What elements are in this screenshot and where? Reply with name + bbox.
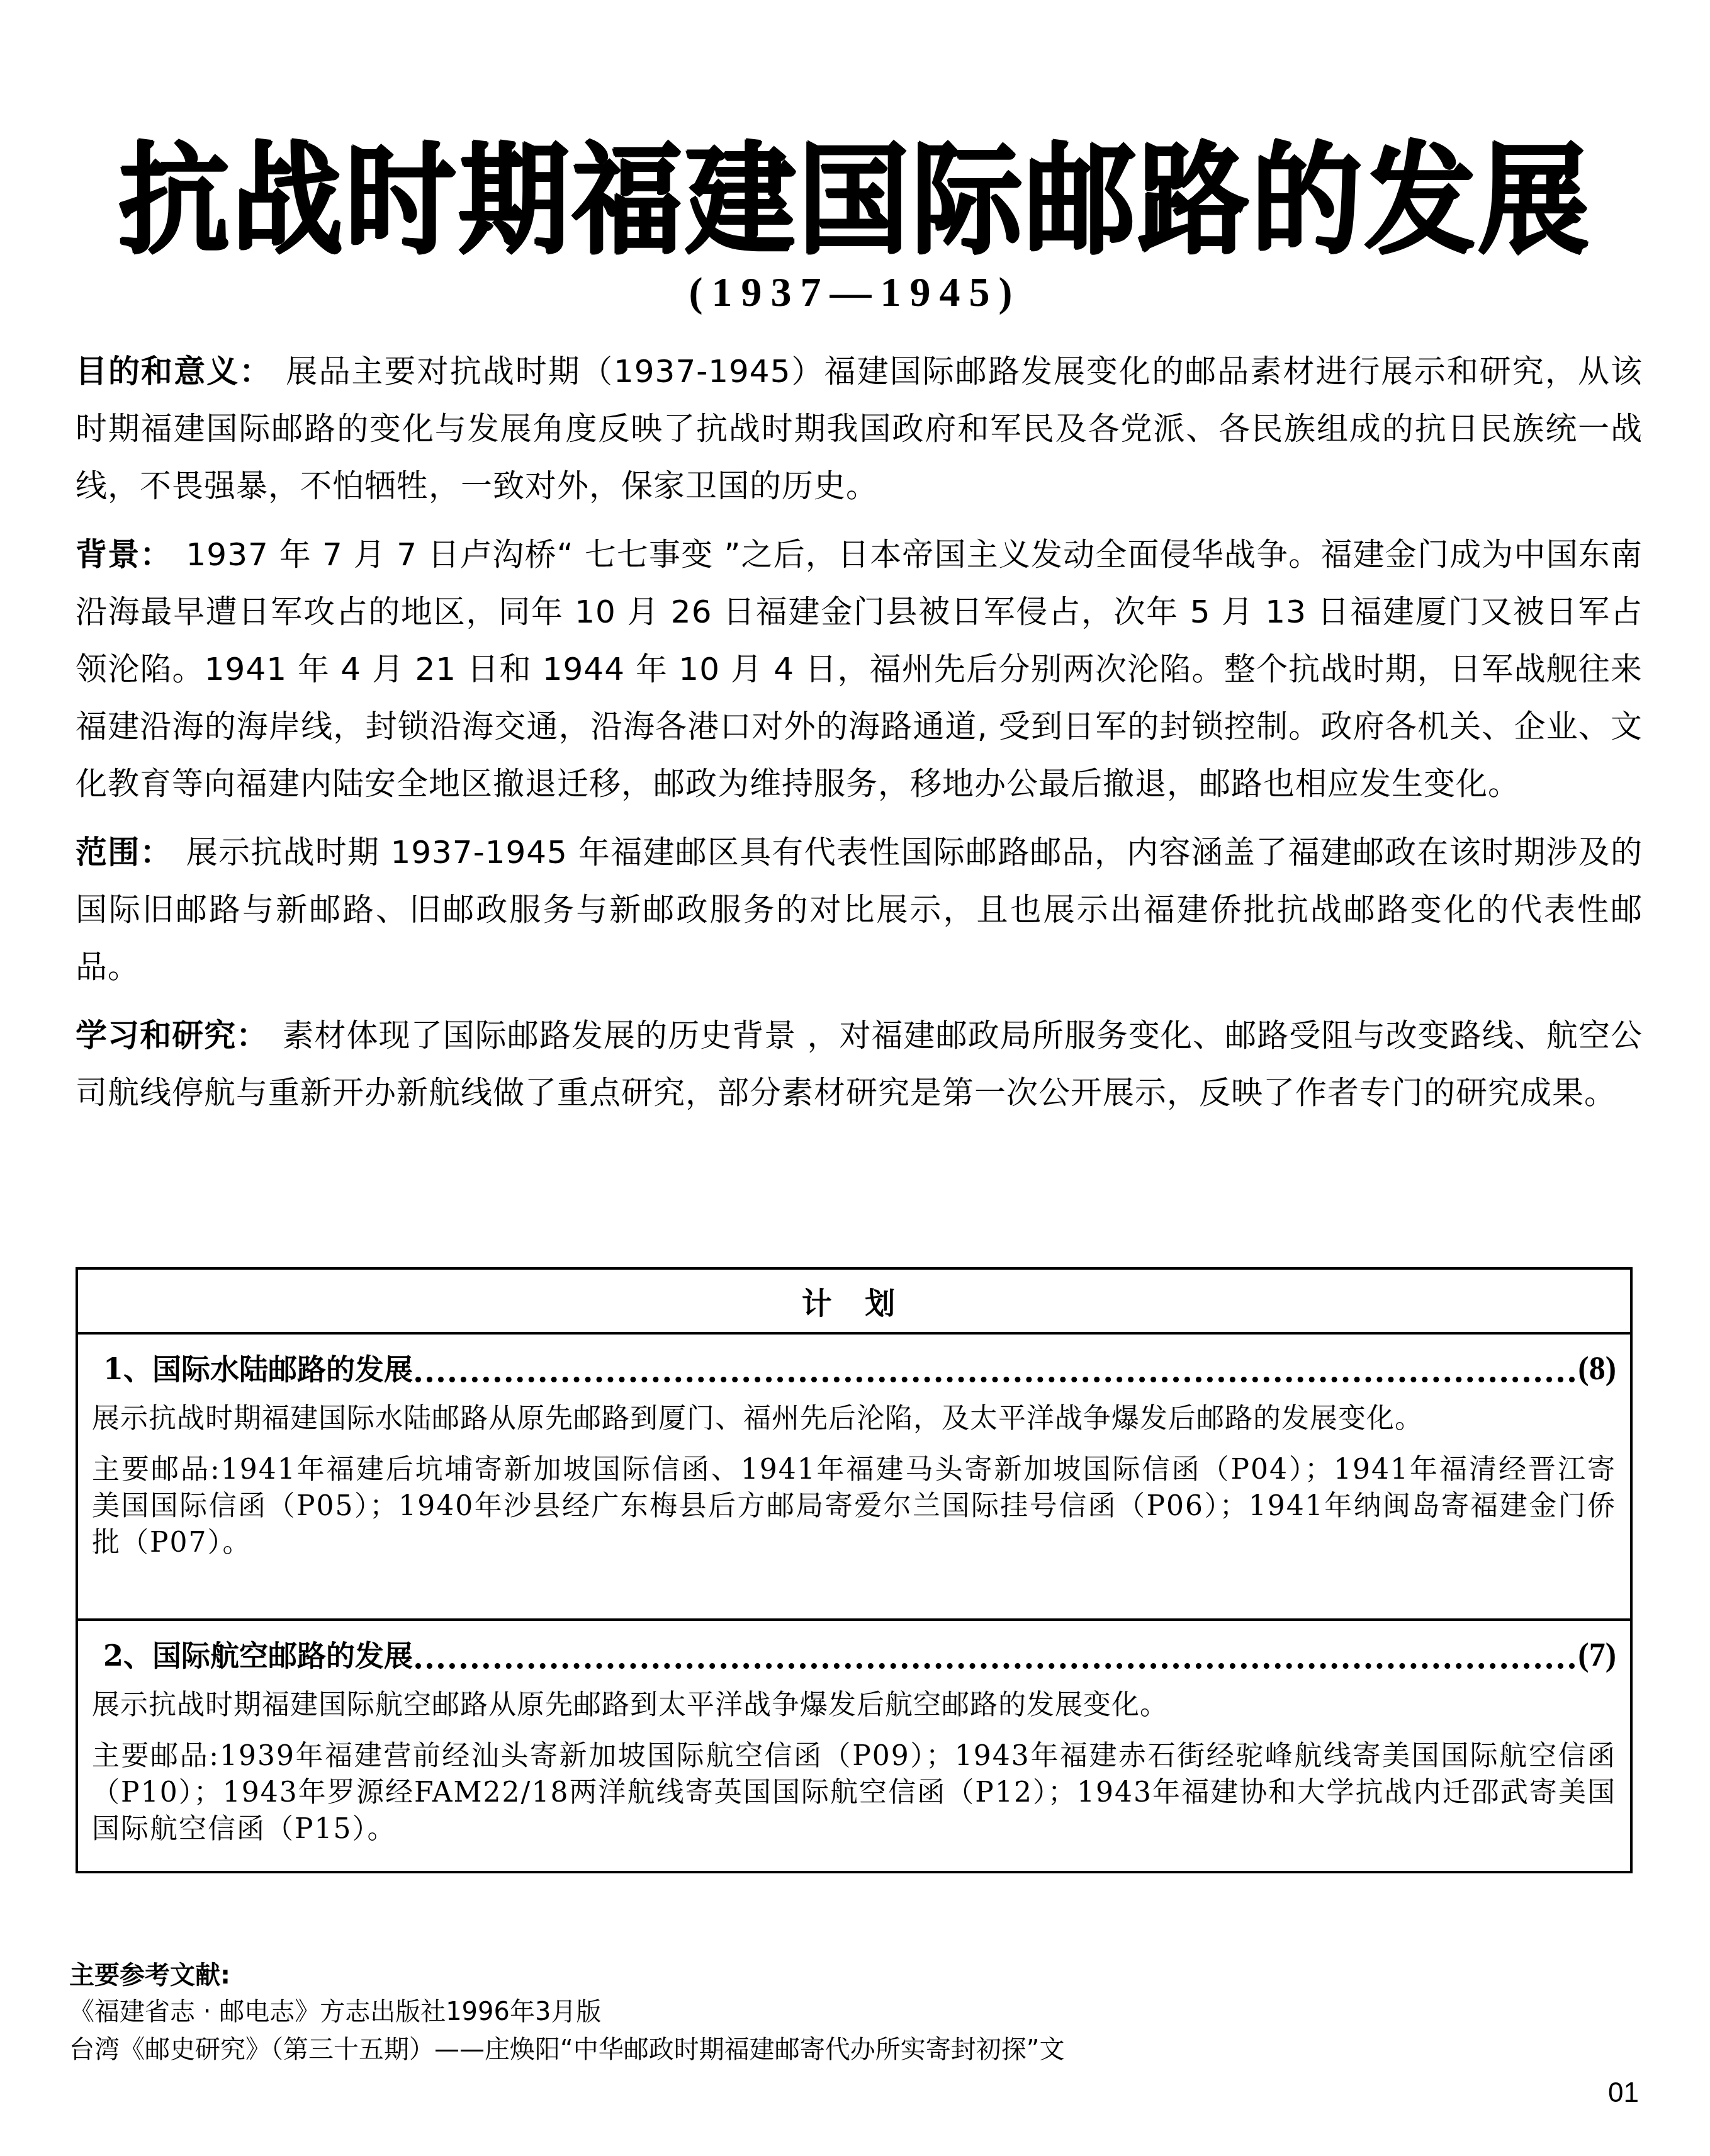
references-title: 主要参考文献: — [69, 1958, 1517, 1993]
purpose-paragraph: 目的和意义：展品主要对抗战时期（1937-1945）福建国际邮路发展变化的邮品素… — [76, 343, 1643, 515]
background-text: 1937 年 7 月 7 日卢沟桥“ 七七事变 ”之后，日本帝国主义发动全面侵华… — [76, 536, 1643, 802]
page-subtitle-years: (1937—1945) — [0, 268, 1710, 318]
exhibit-page: 抗战时期福建国际邮路的发展 (1937—1945) 目的和意义：展品主要对抗战时… — [0, 0, 1710, 2156]
intro-section: 目的和意义：展品主要对抗战时期（1937-1945）福建国际邮路发展变化的邮品素… — [76, 343, 1643, 1133]
plan-section-description: 展示抗战时期福建国际航空邮路从原先邮路到太平洋战争爆发后航空邮路的发展变化。 — [92, 1688, 1616, 1723]
page-number: 01 — [1608, 2077, 1639, 2109]
research-text: 素材体现了国际邮路发展的历史背景 ，对福建邮政局所服务变化、邮路受阻与改变路线、… — [76, 1017, 1643, 1111]
purpose-text: 展品主要对抗战时期（1937-1945）福建国际邮路发展变化的邮品素材进行展示和… — [76, 353, 1643, 504]
research-label: 学习和研究： — [76, 1017, 268, 1054]
dotted-leader — [415, 1663, 1575, 1669]
plan-section-heading: 1、国际水陆邮路的发展 (8) — [92, 1348, 1616, 1390]
plan-section-title: 1、国际水陆邮路的发展 — [103, 1348, 413, 1390]
reference-item: 《福建省志 · 邮电志》方志出版社1996年3月版 — [69, 1993, 1517, 2031]
plan-section-page-count: (8) — [1578, 1348, 1616, 1390]
purpose-label: 目的和意义： — [76, 353, 272, 390]
plan-header: 计 划 — [78, 1270, 1630, 1335]
dotted-leader — [415, 1377, 1575, 1382]
plan-section-items: 主要邮品:1939年福建营前经汕头寄新加坡国际航空信函（P09）；1943年福建… — [92, 1738, 1616, 1848]
scope-paragraph: 范围：展示抗战时期 1937-1945 年福建邮区具有代表性国际邮路邮品，内容涵… — [76, 824, 1643, 996]
plan-section-title: 2、国际航空邮路的发展 — [103, 1635, 413, 1676]
plan-section-page-count: (7) — [1578, 1635, 1616, 1676]
plan-section-items: 主要邮品:1941年福建后坑埔寄新加坡国际信函、1941年福建马头寄新加坡国际信… — [92, 1452, 1616, 1561]
scope-text: 展示抗战时期 1937-1945 年福建邮区具有代表性国际邮路邮品，内容涵盖了福… — [76, 834, 1643, 985]
references-section: 主要参考文献: 《福建省志 · 邮电志》方志出版社1996年3月版 台湾《邮史研… — [69, 1958, 1517, 2069]
page-title: 抗战时期福建国际邮路的发展 — [0, 132, 1710, 268]
plan-section-1: 1、国际水陆邮路的发展 (8) 展示抗战时期福建国际水陆邮路从原先邮路到厦门、福… — [78, 1335, 1630, 1621]
background-paragraph: 背景：1937 年 7 月 7 日卢沟桥“ 七七事变 ”之后，日本帝国主义发动全… — [76, 526, 1643, 813]
background-label: 背景： — [76, 536, 172, 573]
scope-label: 范围： — [76, 834, 172, 871]
reference-item: 台湾《邮史研究》（第三十五期）——庄焕阳“中华邮政时期福建邮寄代办所实寄封初探”… — [69, 2031, 1517, 2069]
plan-section-2: 2、国际航空邮路的发展 (7) 展示抗战时期福建国际航空邮路从原先邮路到太平洋战… — [78, 1621, 1630, 1870]
plan-section-heading: 2、国际航空邮路的发展 (7) — [92, 1635, 1616, 1676]
plan-table: 计 划 1、国际水陆邮路的发展 (8) 展示抗战时期福建国际水陆邮路从原先邮路到… — [76, 1267, 1633, 1873]
plan-section-description: 展示抗战时期福建国际水陆邮路从原先邮路到厦门、福州先后沦陷，及太平洋战争爆发后邮… — [92, 1401, 1616, 1436]
research-paragraph: 学习和研究：素材体现了国际邮路发展的历史背景 ，对福建邮政局所服务变化、邮路受阻… — [76, 1007, 1643, 1122]
